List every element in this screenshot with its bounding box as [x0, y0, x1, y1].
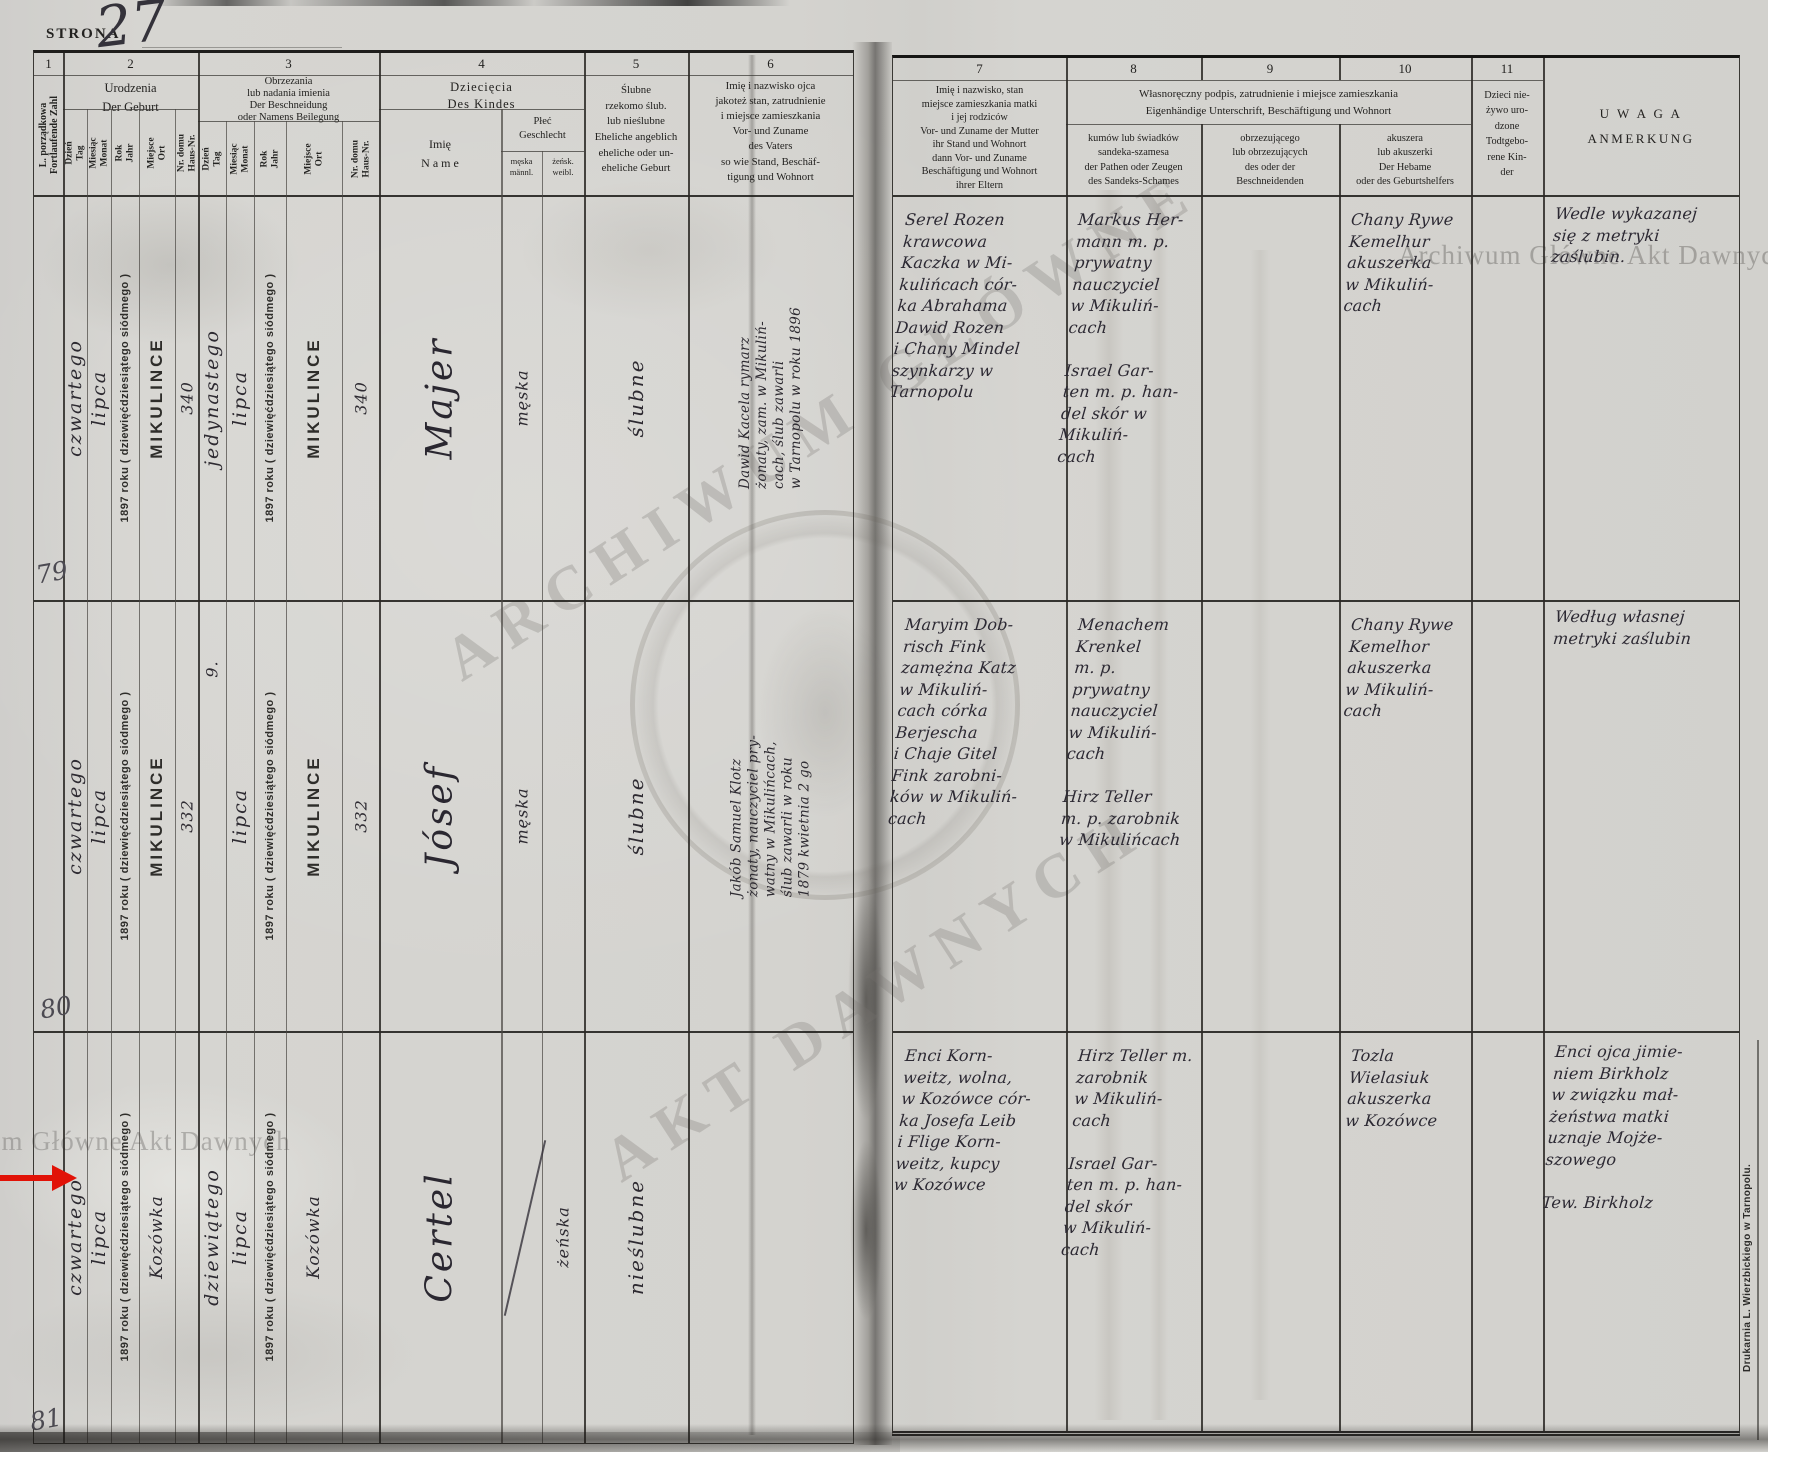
sex-female-label: żeńsk. weibl.	[542, 156, 584, 177]
remark-cell: Wedle wykazanej się z metryki zaślubin.	[1543, 195, 1739, 600]
remark-cell: Według własnej metryki zaślubin	[1543, 600, 1739, 1031]
gutter-blotch	[850, 1140, 882, 1320]
circumciser-cell	[1201, 1031, 1339, 1431]
name-column-label: Imię N a m e	[379, 135, 501, 173]
naming-month-handwriting: lipca	[229, 369, 251, 425]
naming-place-cell: MIKULINCE	[286, 600, 342, 1031]
father-entry: Dawid Kacela rymarz żonaty, zam. w Mikul…	[737, 306, 805, 488]
naming-year-cell: 1897 roku ( dziewięćdziesiątego siódmego…	[254, 1031, 286, 1443]
stillborn-column-header: Dzieci nie- żywo uro- dzone Todtgebo- re…	[1471, 88, 1543, 181]
place-sub-label: Miejsce Ort	[146, 137, 167, 168]
date-sub-header: Dzień Tag	[198, 123, 226, 195]
column-number: 10	[1339, 61, 1471, 77]
birth-year-stamp: 1897 roku ( dziewięćdziesiątego siódmego…	[119, 273, 131, 522]
witnesses-cell: Hirz Teller m. zarobnik w Mikuliń- cach …	[1066, 1031, 1201, 1431]
ordinal-column-label: L. porządkowa Fortlaufende Zahl	[37, 96, 59, 174]
birth-day-handwriting: czwartego	[64, 757, 86, 875]
column-number: 7	[893, 61, 1066, 77]
date-sub-header: Nr. domu Haus-Nr.	[175, 111, 198, 195]
naming-house-cell: 332	[342, 600, 379, 1031]
mother-column-header: Imię i nazwisko, stan miejsce zamieszkan…	[893, 84, 1066, 193]
child-name-handwriting: Majer	[420, 336, 461, 459]
legitimacy-entry: ślubne	[624, 358, 648, 437]
naming-day-cell: jedynastego	[198, 195, 226, 600]
sex-male-cell	[501, 1031, 542, 1443]
no-entry-stroke	[503, 1140, 545, 1316]
circumciser-cell	[1201, 600, 1339, 1031]
witnesses-entry: Hirz Teller m. zarobnik w Mikuliń- cach …	[1060, 1045, 1194, 1260]
naming-day-handwriting: dziewiątego	[201, 1168, 223, 1306]
birth-place-cell: MIKULINCE	[139, 600, 175, 1031]
remark-entry: Wedle wykazanej się z metryki zaślubin.	[1550, 203, 1698, 268]
birth-month-cell: lipca	[87, 195, 111, 600]
witnesses-entry: Markus Her- mann m. p. prywatny nauczyci…	[1056, 209, 1194, 467]
date-sub-header: Miejsce Ort	[139, 111, 175, 195]
father-cell: Jakób Samuel Klotz żonaty, nauczyciel pr…	[688, 600, 853, 1031]
birth-day-handwriting: czwartego	[64, 1178, 86, 1296]
birth-house-cell: 340	[175, 195, 198, 600]
midwife-entry: Chany Rywe Kemelhur akuszerka w Mikuliń-…	[1343, 209, 1455, 317]
stillborn-cell	[1471, 600, 1543, 1031]
legitimacy-column-header: Ślubne rzekomo ślub. lub nieślubne Eheli…	[584, 83, 688, 177]
column-number: 2	[63, 56, 198, 72]
child-name-cell: Certel	[379, 1031, 501, 1443]
birth-year-cell: 1897 roku ( dziewięćdziesiątego siódmego…	[111, 195, 139, 600]
naming-year-stamp: 1897 roku ( dziewięćdziesiątego siódmego…	[264, 691, 276, 940]
witnesses-column-header: kumów lub świadków sandeka-szamesa der P…	[1066, 132, 1201, 190]
sex-female-cell: żeńska	[542, 1031, 584, 1443]
red-arrow-head	[52, 1165, 77, 1191]
remark-entry: Enci ojca jimie- niem Birkholz w związku…	[1541, 1041, 1684, 1213]
child-name-handwriting: Certel	[420, 1171, 461, 1302]
birth-house-cell: 332	[175, 600, 198, 1031]
column-number: 5	[584, 56, 688, 72]
birth-place-cell: Kozówka	[139, 1031, 175, 1443]
legitimacy-cell: ślubne	[584, 195, 688, 600]
year-sub-label: Rok Jahr	[114, 144, 135, 163]
birth-month-cell: lipca	[87, 600, 111, 1031]
midwife-cell: Chany Rywe Kemelhor akuszerka w Mikuliń-…	[1339, 600, 1471, 1031]
paper-edge-smudge	[150, 0, 790, 6]
mother-entry: Maryim Dob- risch Fink zamężna Katz w Mi…	[887, 614, 1033, 829]
record-number: 79	[34, 555, 70, 589]
legitimacy-cell: ślubne	[584, 600, 688, 1031]
column-number: 8	[1066, 61, 1201, 77]
birth-year-cell: 1897 roku ( dziewięćdziesiątego siódmego…	[111, 600, 139, 1031]
record-number: 80	[38, 990, 74, 1024]
grid-line	[1339, 58, 1341, 80]
mother-entry: Enci Korn- weitz, wolna, w Kozówce cór- …	[893, 1045, 1036, 1196]
birth-year-stamp: 1897 roku ( dziewięćdziesiątego siódmego…	[119, 691, 131, 940]
date-sub-header: Miejsce Ort	[286, 123, 342, 195]
column-number: 4	[379, 56, 584, 72]
date-sub-header: Dzień Tag	[63, 111, 87, 195]
birth-place-stamp: MIKULINCE	[147, 755, 167, 876]
naming-month-cell: lipca	[226, 1031, 254, 1443]
naming-day-handwriting: jedynastego	[201, 329, 223, 467]
legitimacy-entry: ślubne	[624, 776, 648, 855]
date-sub-header: Rok Jahr	[254, 123, 286, 195]
naming-day-handwriting: 9.	[203, 660, 222, 677]
father-cell: Dawid Kacela rymarz żonaty, zam. w Mikul…	[688, 195, 853, 600]
birth-day-cell: czwartego	[63, 600, 87, 1031]
birth-place-cell: MIKULINCE	[139, 195, 175, 600]
remark-cell: Enci ojca jimie- niem Birkholz w związku…	[1543, 1031, 1739, 1431]
column-number: 11	[1471, 61, 1543, 77]
house-number-handwriting: 332	[177, 799, 196, 833]
mother-entry: Serel Rozen krawcowa Kaczka w Mi- kulińc…	[889, 209, 1032, 403]
naming-year-cell: 1897 roku ( dziewięćdziesiątego siódmego…	[254, 600, 286, 1031]
midwife-entry: Chany Rywe Kemelhor akuszerka w Mikuliń-…	[1343, 614, 1455, 722]
place-sub-label: Miejsce Ort	[303, 143, 324, 174]
legitimacy-cell: nieślubne	[584, 1031, 688, 1443]
mother-cell: Enci Korn- weitz, wolna, w Kozówce cór- …	[893, 1031, 1066, 1431]
grid-line	[1066, 124, 1471, 125]
naming-place-stamp: MIKULINCE	[304, 755, 324, 876]
page-number-underline	[142, 47, 342, 48]
naming-month-handwriting: lipca	[229, 1209, 251, 1265]
date-sub-header: Nr. domu Haus-Nr.	[342, 123, 379, 195]
register-scan: ARCHIWUM GŁÓWNE AKT DAWNYCH Archiwum Głó…	[0, 0, 1768, 1452]
midwife-column-header: akuszera lub akuszerki Der Hebame oder d…	[1339, 132, 1471, 190]
sex-male-cell: męska	[501, 600, 542, 1031]
mother-cell: Serel Rozen krawcowa Kaczka w Mi- kulińc…	[893, 195, 1066, 600]
remarks-column-header: U W A G A ANMERKUNG	[1543, 102, 1739, 151]
date-sub-header: Rok Jahr	[111, 111, 139, 195]
naming-place-cell: Kozówka	[286, 1031, 342, 1443]
midwife-cell: Tozla Wielasiuk akuszerka w Kozówce	[1339, 1031, 1471, 1431]
date-sub-header: Miesiąc Monat	[87, 111, 111, 195]
child-group-title: Dziecięcia Des Kindes	[379, 79, 584, 113]
grid-line	[1201, 58, 1203, 80]
column-number: 3	[198, 56, 379, 72]
house-number-handwriting: 340	[177, 381, 196, 415]
naming-year-stamp: 1897 roku ( dziewięćdziesiątego siódmego…	[264, 1112, 276, 1361]
sex-entry: męska	[512, 369, 531, 426]
naming-month-handwriting: lipca	[229, 787, 251, 843]
year-sub-label: Rok Jahr	[259, 150, 280, 169]
grid-line	[34, 75, 853, 76]
father-entry: Jakób Samuel Klotz żonaty, nauczyciel pr…	[728, 734, 813, 896]
month-sub-label: Miesiąc Monat	[229, 143, 250, 174]
sex-male-label: męska männl.	[501, 156, 542, 177]
birth-place-handwriting: Kozówka	[147, 1195, 167, 1279]
day-sub-label: Dzień Tag	[201, 147, 222, 170]
ordinal-column-header: L. porządkowa Fortlaufende Zahl	[34, 75, 63, 195]
house-sub-label: Nr. domu Haus-Nr.	[176, 134, 197, 172]
house-number-handwriting: 332	[351, 799, 370, 833]
sex-entry: żeńska	[554, 1206, 573, 1268]
child-name-handwriting: Jósef	[420, 763, 461, 867]
naming-day-cell: 9.	[198, 600, 226, 1031]
grid-line	[379, 109, 584, 110]
naming-month-cell: lipca	[226, 600, 254, 1031]
witnesses-cell: Markus Her- mann m. p. prywatny nauczyci…	[1066, 195, 1201, 600]
circumciser-cell	[1201, 195, 1339, 600]
birth-month-handwriting: lipca	[88, 787, 110, 843]
birth-month-handwriting: lipca	[88, 369, 110, 425]
midwife-cell: Chany Rywe Kemelhur akuszerka w Mikuliń-…	[1339, 195, 1471, 600]
grid-line	[893, 80, 1543, 81]
column-number: 1	[34, 56, 63, 72]
stillborn-cell	[1471, 1031, 1543, 1431]
witnesses-entry: Menachem Krenkel m. p. prywatny nauczyci…	[1058, 614, 1201, 851]
sex-entry: męska	[512, 787, 531, 844]
sex-male-cell: męska	[501, 195, 542, 600]
day-sub-label: Dzień Tag	[64, 141, 85, 164]
stillborn-cell	[1471, 195, 1543, 600]
naming-year-cell: 1897 roku ( dziewięćdziesiątego siódmego…	[254, 195, 286, 600]
page-edge-line	[1757, 1040, 1759, 1440]
naming-month-cell: lipca	[226, 195, 254, 600]
month-sub-label: Miesiąc Monat	[88, 137, 109, 168]
column-number: 6	[688, 56, 853, 72]
child-name-cell: Majer	[379, 195, 501, 600]
birth-day-cell: czwartego	[63, 1031, 87, 1443]
birth-year-cell: 1897 roku ( dziewięćdziesiątego siódmego…	[111, 1031, 139, 1443]
naming-house-cell: 340	[342, 195, 379, 600]
naming-place-stamp: MIKULINCE	[304, 337, 324, 458]
mother-cell: Maryim Dob- risch Fink zamężna Katz w Mi…	[893, 600, 1066, 1031]
circumcision-group-title: Obrzezania lub nadania imienia Der Besch…	[198, 76, 379, 124]
father-cell	[688, 1031, 853, 1443]
sex-column-label: Płeć Geschlecht	[501, 115, 584, 142]
naming-day-cell: dziewiątego	[198, 1031, 226, 1443]
left-page: 1 2 3 4 5 6 L. porządkowa Fortlaufende Z…	[33, 50, 854, 1444]
naming-place-cell: MIKULINCE	[286, 195, 342, 600]
signature-merged-header: Własnoręczny podpis, zatrudnienie i miej…	[1066, 86, 1471, 119]
house-number-handwriting: 340	[351, 381, 370, 415]
right-page: 7 8 9 10 11 Imię i nazwisko, stan miejsc…	[892, 55, 1740, 1436]
circumciser-column-header: obrzezującego lub obrzezujących des oder…	[1201, 132, 1339, 190]
grid-line	[63, 109, 198, 110]
remark-entry: Według własnej metryki zaślubin	[1552, 606, 1694, 649]
birth-year-stamp: 1897 roku ( dziewięćdziesiątego siódmego…	[119, 1112, 131, 1361]
house-sub-label: Nr. domu Haus-Nr.	[350, 140, 371, 178]
date-sub-header: Miesiąc Monat	[226, 123, 254, 195]
bottom-shadow	[0, 1432, 900, 1452]
naming-year-stamp: 1897 roku ( dziewięćdziesiątego siódmego…	[264, 273, 276, 522]
birth-month-cell: lipca	[87, 1031, 111, 1443]
naming-place-handwriting: Kozówka	[304, 1195, 324, 1279]
printer-note: Drukarnia L. Wierzbickiego w Tarnopolu.	[1742, 1164, 1753, 1372]
birth-place-stamp: MIKULINCE	[147, 337, 167, 458]
column-number: 9	[1201, 61, 1339, 77]
birth-day-cell: czwartego	[63, 195, 87, 600]
father-column-header: Imię i nazwisko ojca jakoteż stan, zatru…	[688, 79, 853, 185]
midwife-entry: Tozla Wielasiuk akuszerka w Kozówce	[1344, 1045, 1443, 1131]
witnesses-cell: Menachem Krenkel m. p. prywatny nauczyci…	[1066, 600, 1201, 1031]
red-arrow-shaft	[0, 1175, 56, 1181]
red-arrow-annotation	[0, 1165, 80, 1191]
legitimacy-entry: nieślubne	[624, 1179, 648, 1295]
birth-day-handwriting: czwartego	[64, 339, 86, 457]
child-name-cell: Jósef	[379, 600, 501, 1031]
birth-month-handwriting: lipca	[88, 1209, 110, 1265]
